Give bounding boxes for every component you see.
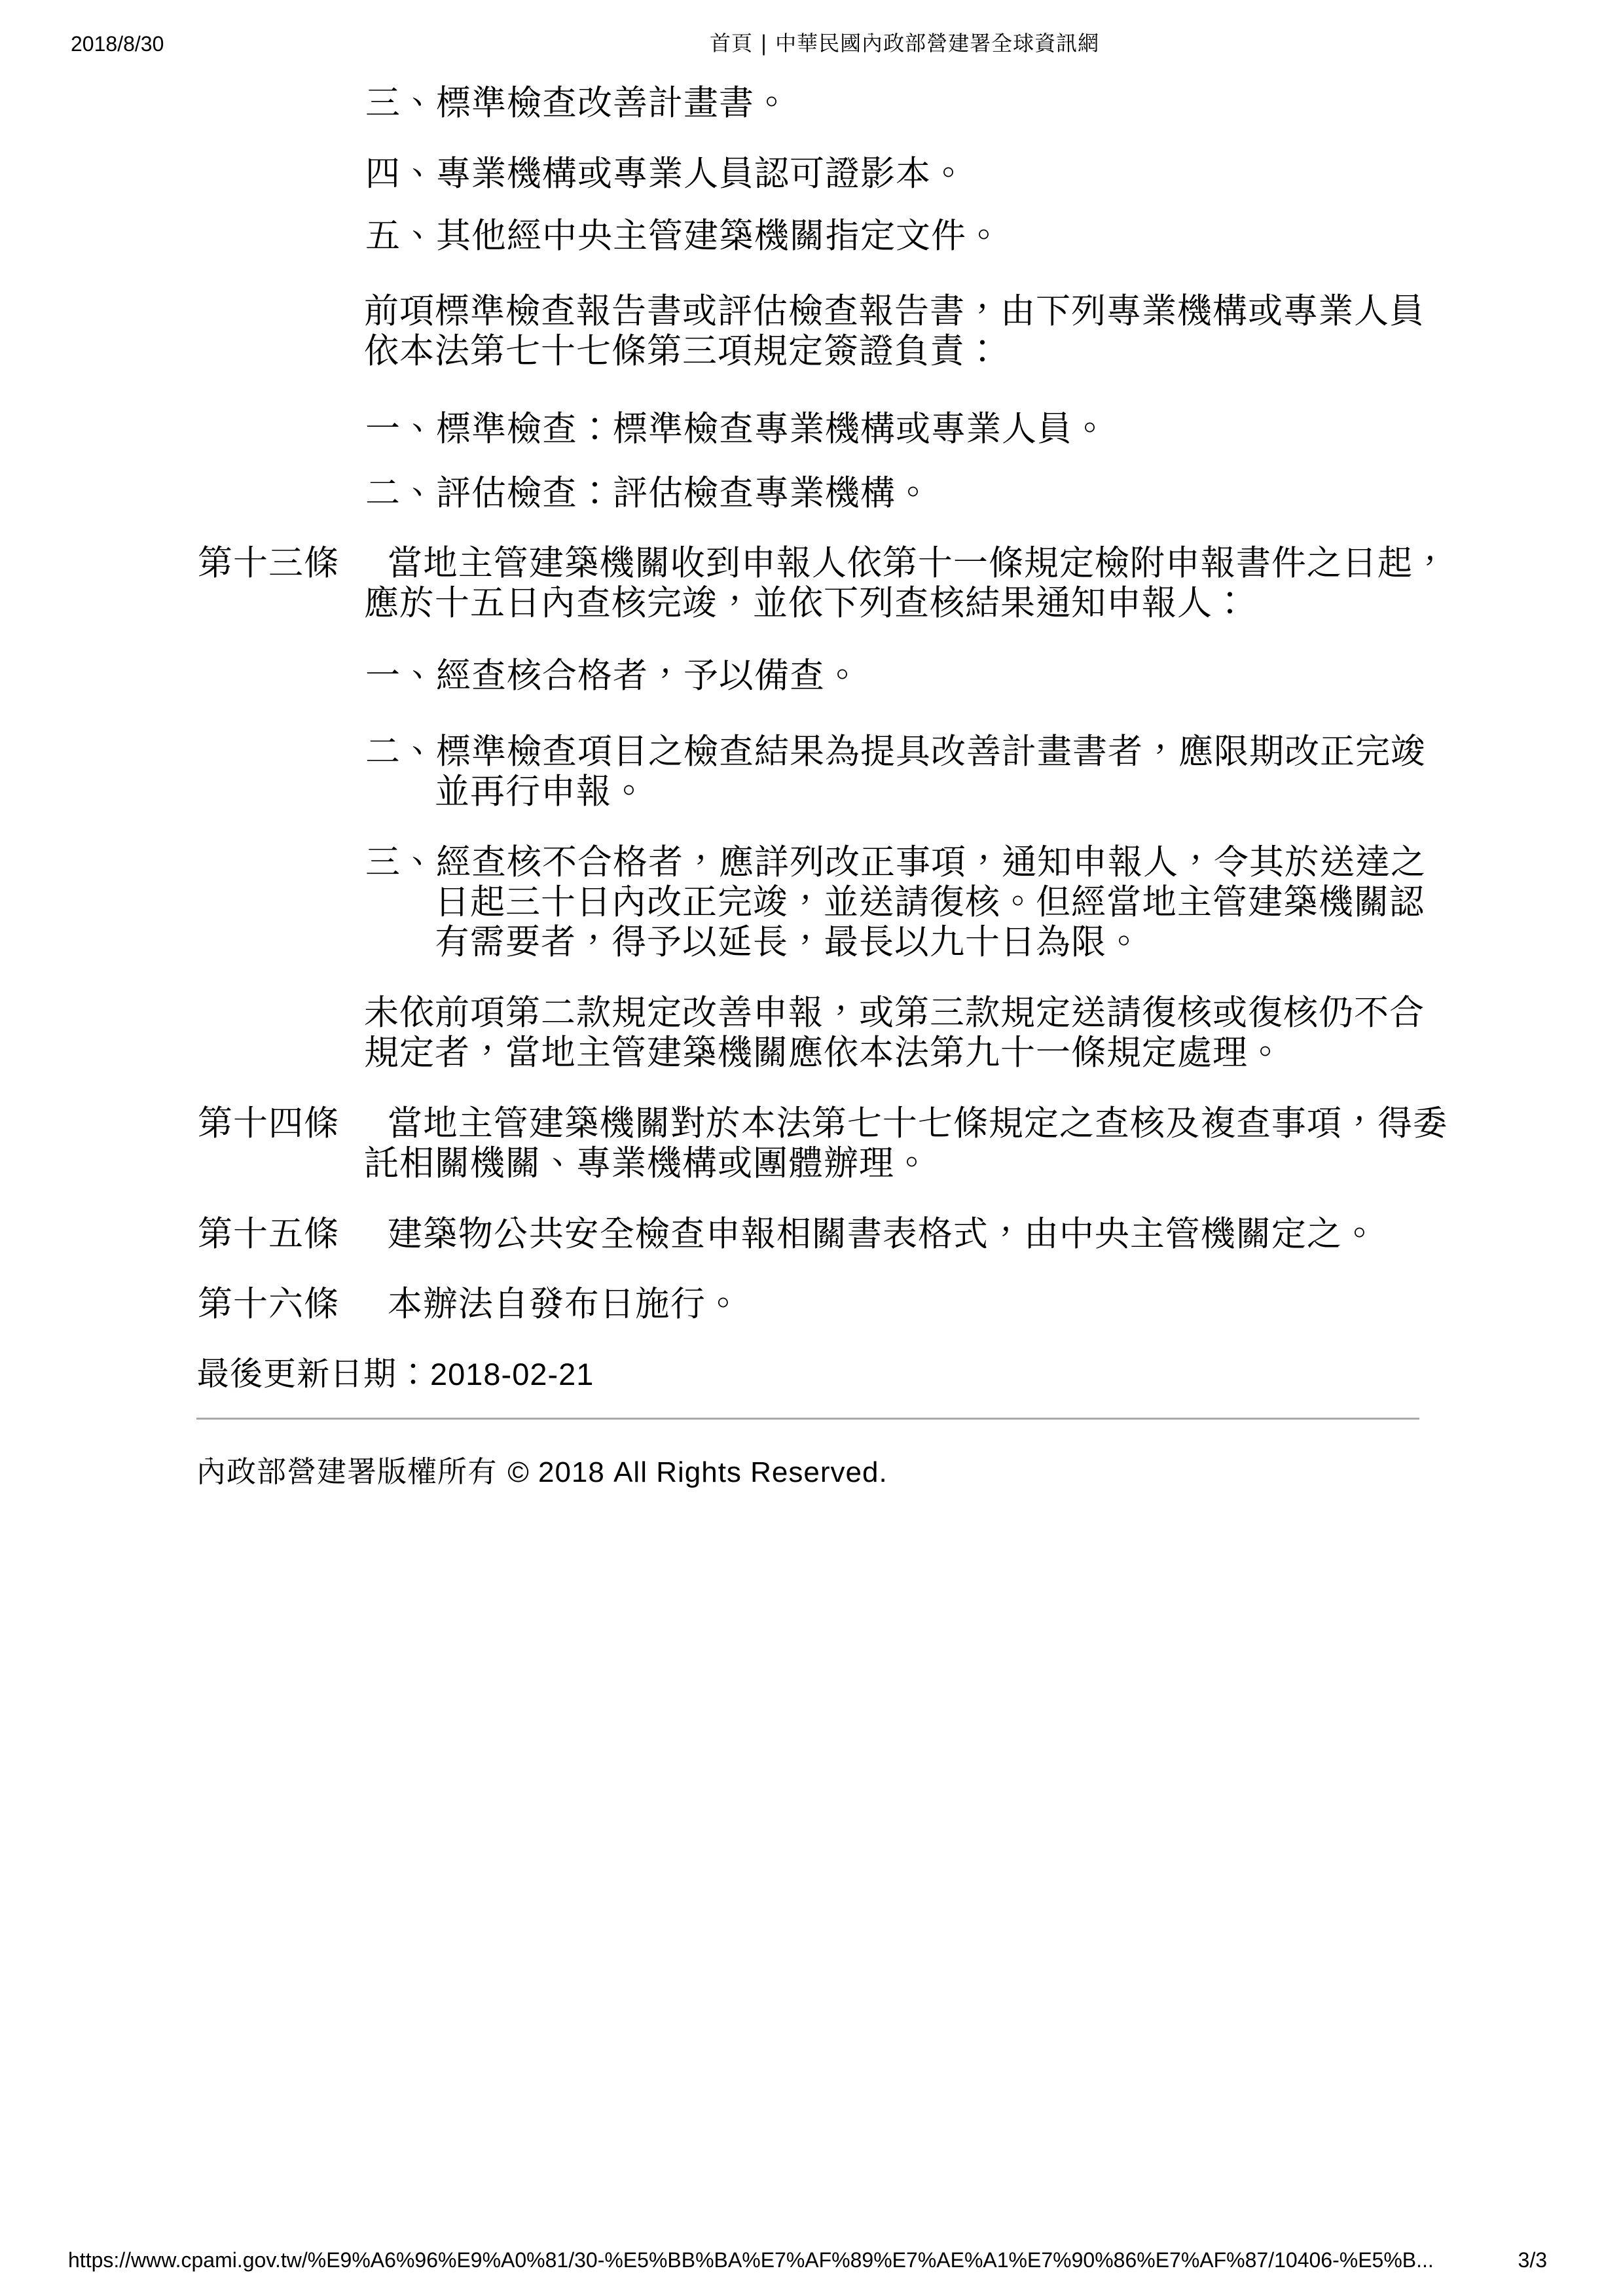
paragraph-line: 未依前項第二款規定改善申報，或第三款規定送請復核或復核仍不合 bbox=[364, 993, 1425, 1033]
list-item: 一、經查核合格者，予以備查。 bbox=[365, 656, 860, 696]
article-13-first-line: 第十三條 當地主管建築機關收到申報人依第十一條規定檢附申報書件之日起， bbox=[198, 543, 1448, 584]
list-item: 三、標準檢查改善計畫書。 bbox=[365, 83, 790, 124]
article-14-first-line: 第十四條 當地主管建築機關對於本法第七十七條規定之查核及複查事項，得委 bbox=[198, 1103, 1448, 1144]
copyright-cjk: 內政部營建署版權所有 bbox=[196, 1454, 498, 1489]
list-item: 二、標準檢查項目之檢查結果為提具改善計畫書者，應限期改正完竣 bbox=[365, 732, 1426, 772]
print-header-date: 2018/8/30 bbox=[71, 31, 164, 56]
article-text: 本辦法自發布日施行。 bbox=[388, 1284, 741, 1325]
print-header-title: 首頁 | 中華民國內政部營建署全球資訊網 bbox=[710, 30, 1099, 56]
article-text: 當地主管建築機關收到申報人依第十一條規定檢附申報書件之日起， bbox=[388, 543, 1448, 584]
article-line: 託相關機關、專業機構或團體辦理。 bbox=[364, 1143, 930, 1184]
last-updated-label: 最後更新日期： bbox=[196, 1355, 430, 1393]
article-label: 第十四條 bbox=[198, 1103, 339, 1144]
list-item: 五、其他經中央主管建築機關指定文件。 bbox=[365, 216, 1002, 257]
list-item-continuation: 日起三十日內改正完竣，並送請復核。但經當地主管建築機關認 bbox=[435, 882, 1425, 923]
paragraph-line: 依本法第七十七條第三項規定簽證負責： bbox=[364, 331, 1000, 372]
list-item: 四、專業機構或專業人員認可證影本。 bbox=[365, 154, 966, 194]
last-updated: 最後更新日期：2018-02-21 bbox=[196, 1354, 594, 1395]
article-line: 應於十五日內查核完竣，並依下列查核結果通知申報人： bbox=[364, 583, 1248, 624]
article-16-first-line: 第十六條 本辦法自發布日施行。 bbox=[198, 1284, 741, 1325]
printed-page: 2018/8/30 首頁 | 中華民國內政部營建署全球資訊網 三、標準檢查改善計… bbox=[0, 0, 1623, 2296]
list-item: 三、經查核不合格者，應詳列改正事項，通知申報人，令其於送達之 bbox=[365, 842, 1426, 883]
article-text: 建築物公共安全檢查申報相關書表格式，由中央主管機關定之。 bbox=[388, 1214, 1377, 1255]
article-text: 當地主管建築機關對於本法第七十七條規定之查核及複查事項，得委 bbox=[388, 1103, 1448, 1144]
copyright-latin: © 2018 All Rights Reserved. bbox=[507, 1456, 887, 1488]
print-footer-url: https://www.cpami.gov.tw/%E9%A6%96%E9%A0… bbox=[68, 2248, 1434, 2272]
paragraph-line: 規定者，當地主管建築機關應依本法第九十一條規定處理。 bbox=[364, 1033, 1283, 1073]
list-item: 一、標準檢查：標準檢查專業機構或專業人員。 bbox=[365, 409, 1108, 450]
copyright-notice: 內政部營建署版權所有 © 2018 All Rights Reserved. bbox=[196, 1452, 888, 1493]
list-item: 二、評估檢查：評估檢查專業機構。 bbox=[365, 473, 931, 514]
last-updated-date: 2018-02-21 bbox=[430, 1357, 594, 1391]
list-item-continuation: 有需要者，得予以延長，最長以九十日為限。 bbox=[435, 922, 1142, 963]
article-label: 第十六條 bbox=[198, 1284, 339, 1325]
paragraph-line: 前項標準檢查報告書或評估檢查報告書，由下列專業機構或專業人員 bbox=[364, 291, 1425, 332]
article-label: 第十三條 bbox=[198, 543, 339, 584]
list-item-continuation: 並再行申報。 bbox=[435, 772, 647, 812]
article-15-first-line: 第十五條 建築物公共安全檢查申報相關書表格式，由中央主管機關定之。 bbox=[198, 1214, 1377, 1255]
article-label: 第十五條 bbox=[198, 1214, 339, 1255]
print-footer-page-number: 3/3 bbox=[1518, 2248, 1547, 2272]
horizontal-divider bbox=[196, 1418, 1419, 1420]
